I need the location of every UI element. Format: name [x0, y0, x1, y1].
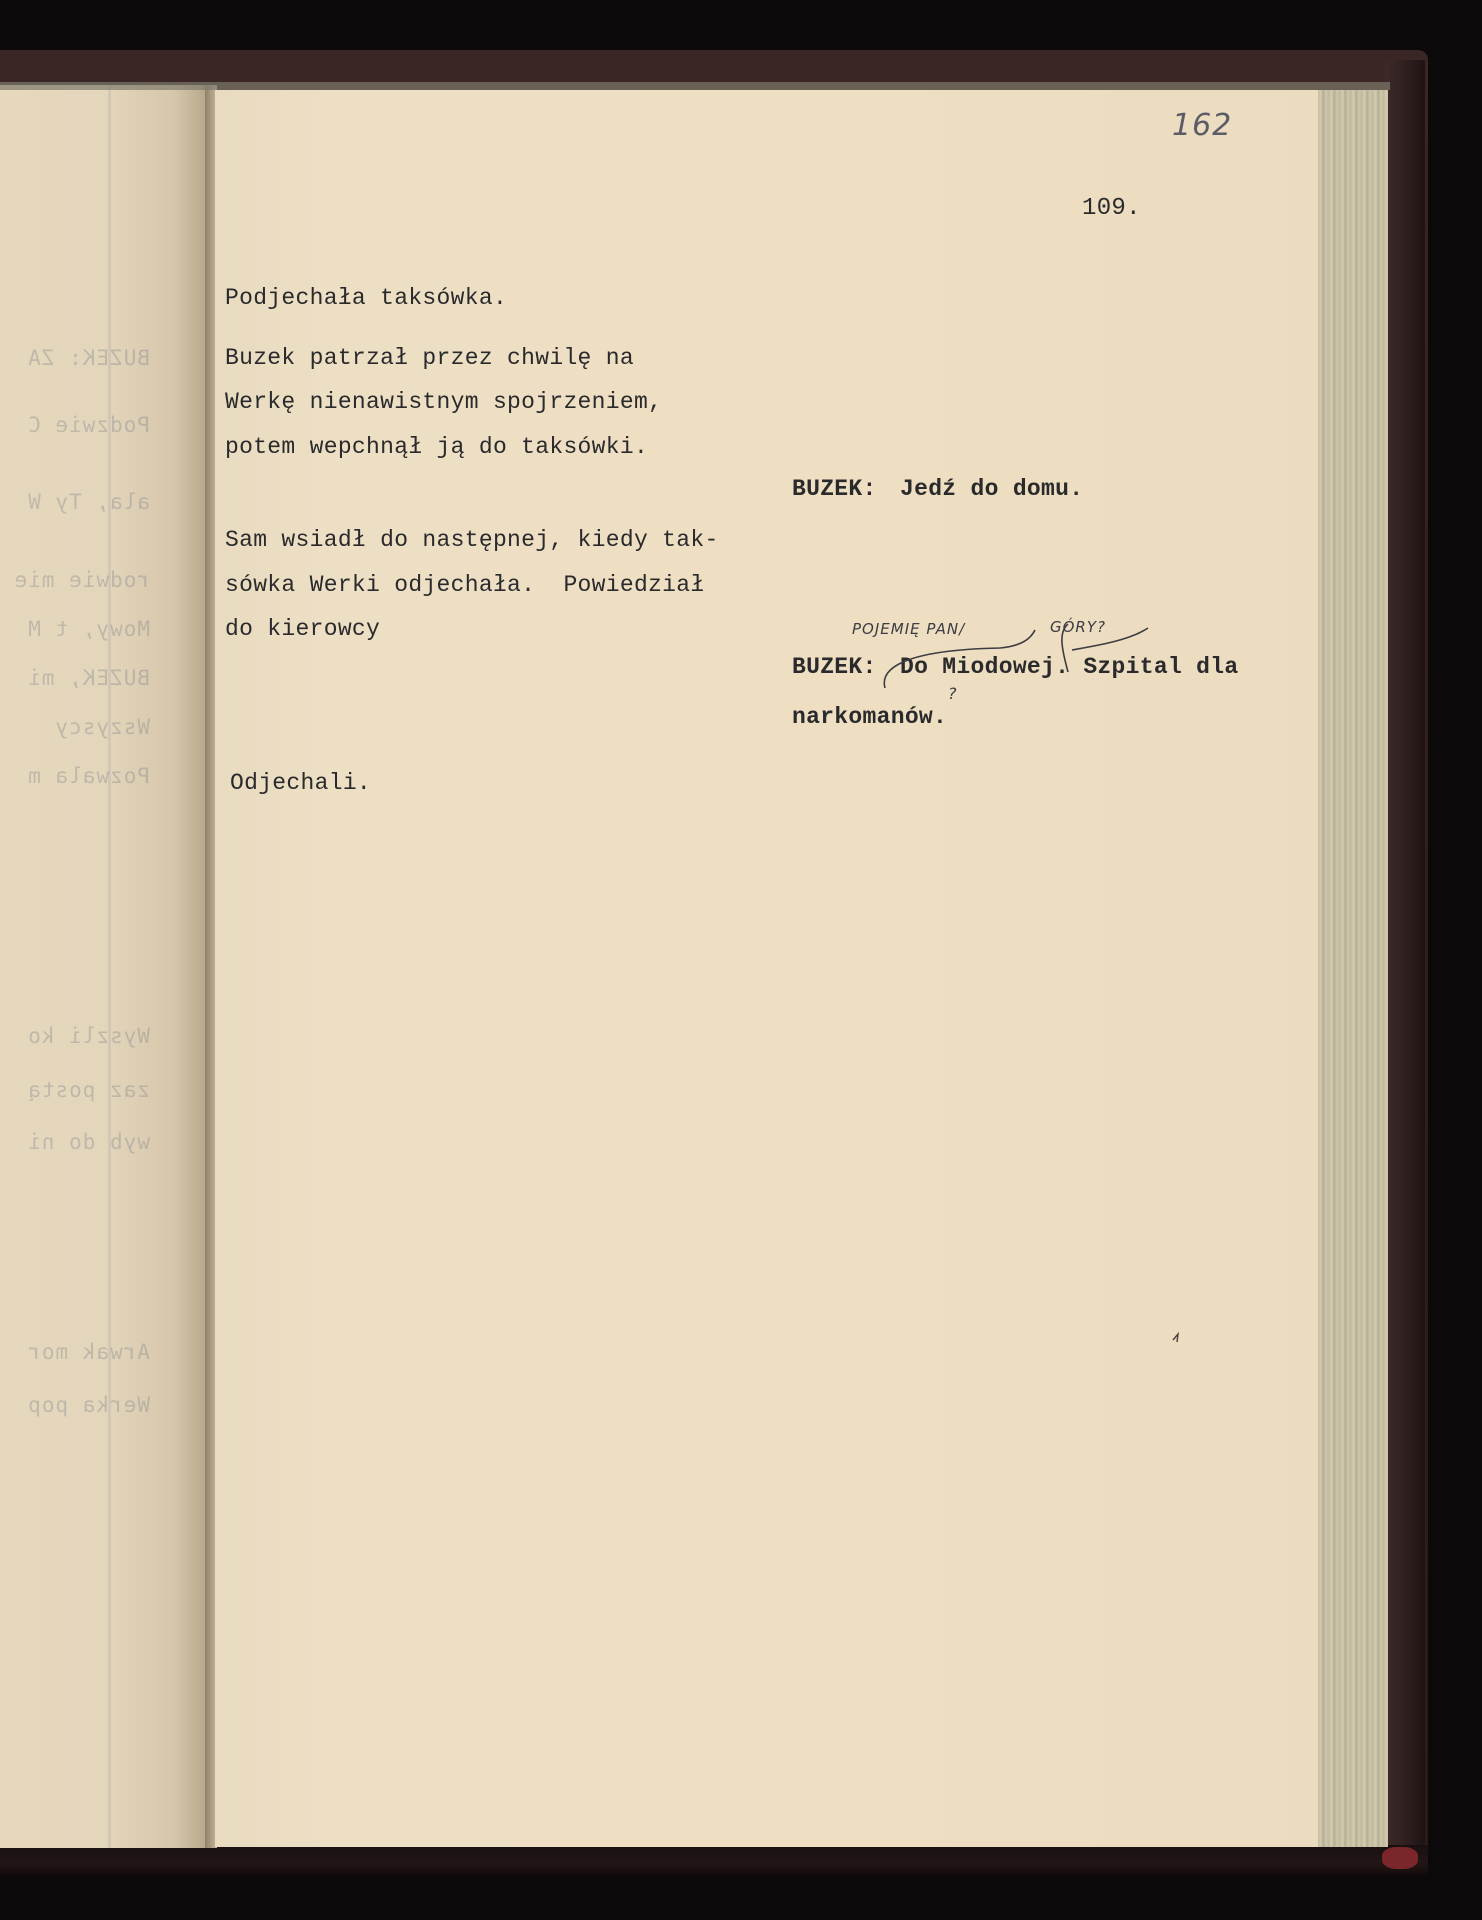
bleed-through-line: zaz postą — [0, 1078, 150, 1102]
bleed-through-line: BUZEK, mi — [0, 666, 150, 690]
bleed-through-line: wyb do ni — [0, 1130, 150, 1154]
page-top-edge — [0, 82, 1390, 90]
archive-number: 162 — [1172, 108, 1232, 143]
page-edges — [1318, 90, 1388, 1847]
narrative-line: Sam wsiadł do następnej, kiedy tak- — [225, 529, 719, 552]
dialogue-line: Do Miodowej. Szpital dla — [900, 656, 1238, 679]
bleed-through-line: Mowy, t M — [0, 617, 150, 641]
narrative-line: Podjechała taksówka. — [225, 287, 507, 310]
narrative-line: do kierowcy — [225, 618, 380, 641]
bleed-through-line: Podzwie C — [0, 413, 150, 437]
bleed-through-line: BUZEK: ZA — [0, 346, 150, 370]
handwritten-annotation: GÓRY? — [1050, 618, 1106, 636]
dialogue-speaker: BUZEK: — [792, 478, 877, 501]
dialogue-line: narkomanów. — [792, 706, 947, 729]
scanned-book-spread: BUZEK: ZA Podzwie C ala, Ty W rodwie mie… — [0, 0, 1482, 1920]
book-cover-edge — [1385, 60, 1425, 1860]
page-number: 109. — [1082, 197, 1141, 221]
book-cover-bottom — [0, 1845, 1428, 1875]
handwritten-question-mark: ? — [948, 684, 958, 703]
narrative-line: sówka Werki odjechała. Powiedział — [225, 574, 704, 597]
bleed-through-line: ala, Ty W — [0, 490, 150, 514]
red-corner-mark — [1382, 1847, 1418, 1869]
narrative-line: potem wepchnął ją do taksówki. — [225, 436, 648, 459]
bleed-through-line: Pozwala m — [0, 764, 150, 788]
bleed-through-line: Wyszli ko — [0, 1024, 150, 1048]
dialogue-line: Jedź do domu. — [900, 478, 1083, 501]
narrative-line: Buzek patrzał przez chwilę na — [225, 347, 634, 370]
dialogue-speaker: BUZEK: — [792, 656, 877, 679]
bleed-through-line: Werka pop — [0, 1393, 150, 1417]
bleed-through-line: rodwie mie — [0, 568, 150, 592]
bleed-through-line: Wszyscy — [0, 715, 150, 739]
narrative-line: Odjechali. — [230, 772, 371, 795]
handwritten-annotation: POJEMIĘ PAN/ — [852, 620, 965, 638]
bleed-through-line: Arwak mor — [0, 1340, 150, 1364]
narrative-line: Werkę nienawistnym spojrzeniem, — [225, 391, 662, 414]
